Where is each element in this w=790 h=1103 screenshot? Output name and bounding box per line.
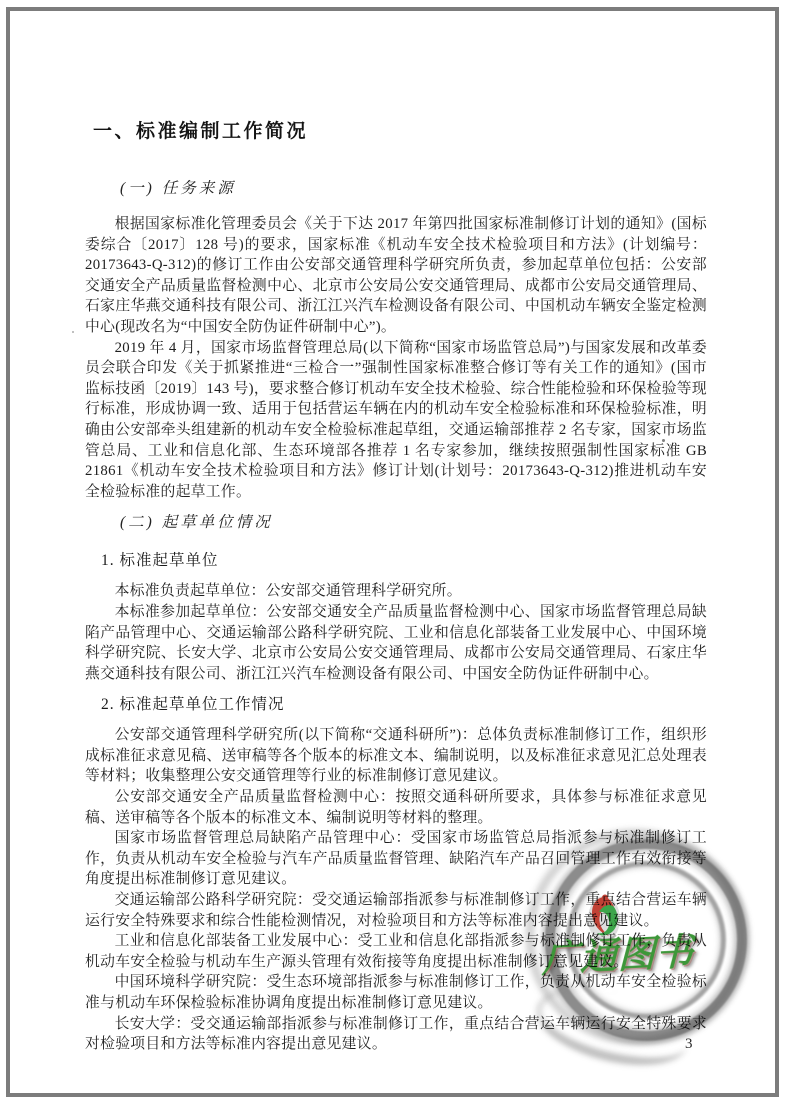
- page-number: 3: [685, 1036, 693, 1053]
- subsection-title-drafting-units-list: 1. 标准起草单位: [85, 551, 707, 571]
- scan-speck: [72, 331, 74, 333]
- paragraph: 中国环境科学研究院：受生态环境部指派参与标准制修订工作，负责从机动车安全检验标准…: [85, 972, 707, 1013]
- section-label-task-source: (一) 任务来源: [85, 179, 707, 199]
- paragraph: 公安部交通管理科学研究所(以下简称“交通科研所”)：总体负责标准制修订工作，组织…: [85, 725, 707, 787]
- paragraph: 根据国家标准化管理委员会《关于下达 2017 年第四批国家标准制修订计划的通知》…: [85, 214, 707, 338]
- scanned-page: 一、标准编制工作简况 (一) 任务来源 根据国家标准化管理委员会《关于下达 20…: [6, 7, 779, 1097]
- paragraph: 本标准负责起草单位：公安部交通管理科学研究所。: [85, 581, 707, 602]
- paragraph: 2019 年 4 月，国家市场监督管理总局(以下简称“国家市场监管总局”)与国家…: [85, 338, 707, 503]
- paragraph: 公安部交通安全产品质量监督检测中心：按照交通科研所要求，具体参与标准征求意见稿、…: [85, 787, 707, 828]
- paragraph: 国家市场监督管理总局缺陷产品管理中心：受国家市场监管总局指派参与标准制修订工作，…: [85, 828, 707, 890]
- page-title: 一、标准编制工作简况: [93, 122, 707, 142]
- scan-speck: [662, 439, 665, 442]
- paragraph: 本标准参加起草单位：公安部交通安全产品质量监督检测中心、国家市场监督管理总局缺陷…: [85, 602, 707, 684]
- paragraph: 长安大学：受交通运输部指派参与标准制修订工作，重点结合营运车辆运行安全特殊要求对…: [85, 1014, 707, 1055]
- subsection-title-unit-work: 2. 标准起草单位工作情况: [85, 695, 707, 715]
- paragraph: 工业和信息化部装备工业发展中心：受工业和信息化部指派参与标准制修订工作，负责从机…: [85, 931, 707, 972]
- paragraph: 交通运输部公路科学研究院：受交通运输部指派参与标准制修订工作，重点结合营运车辆运…: [85, 890, 707, 931]
- section-label-drafting-units: (二) 起草单位情况: [85, 513, 707, 533]
- document-body: 一、标准编制工作简况 (一) 任务来源 根据国家标准化管理委员会《关于下达 20…: [85, 11, 707, 1055]
